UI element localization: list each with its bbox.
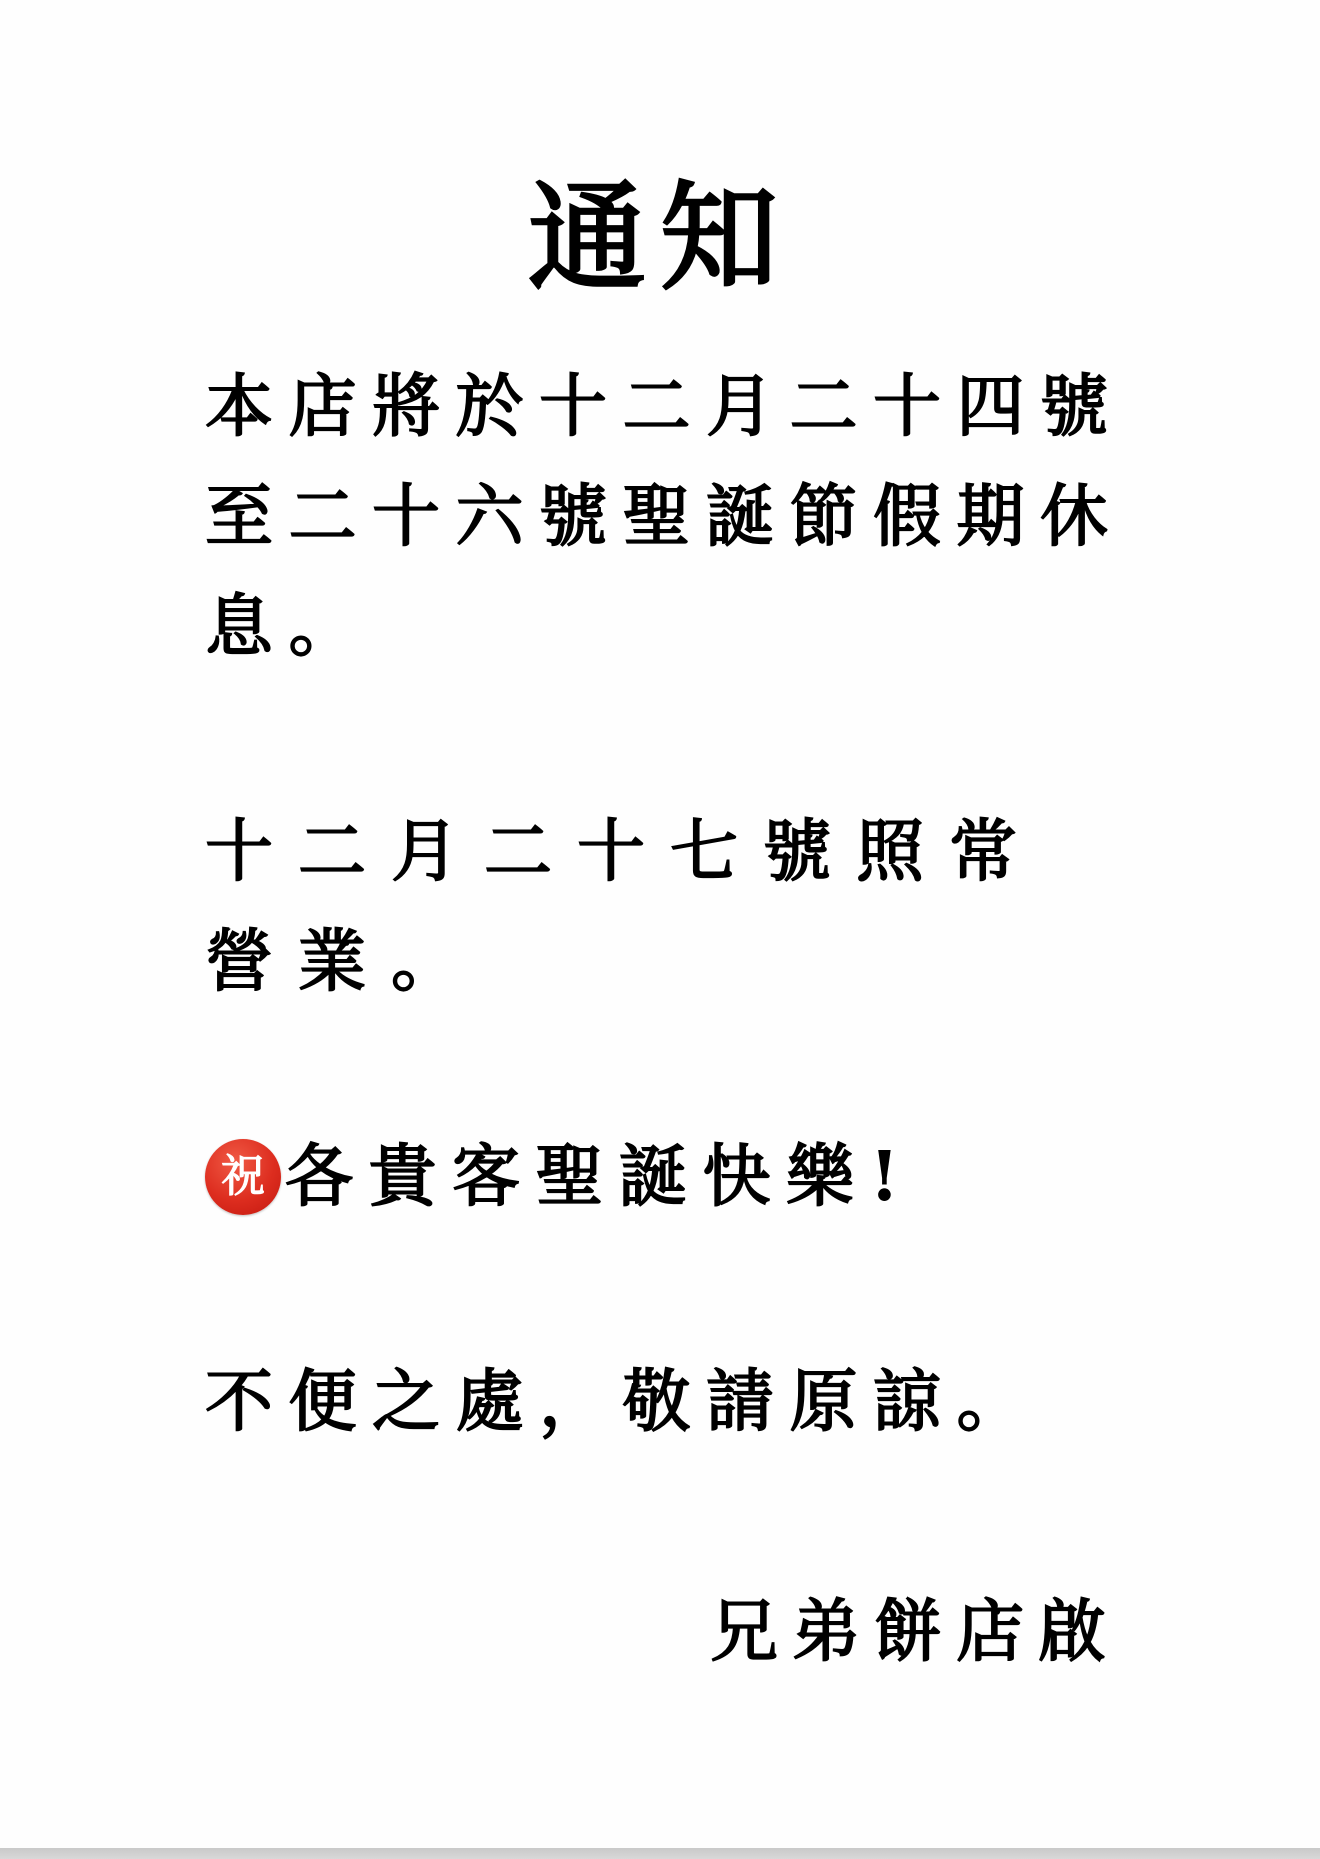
notice-title: 通知	[0, 168, 1320, 308]
blessing-emoji-icon: 祝	[205, 1139, 281, 1215]
apology-paragraph: 不便之處，敬請原諒。	[205, 1347, 1125, 1457]
christmas-greeting: 祝 各貴客聖誕快樂!	[205, 1122, 1125, 1232]
shop-signature: 兄弟餅店啟	[710, 1577, 1120, 1687]
page-bottom-shadow	[0, 1848, 1320, 1859]
notice-page: 通知 本店將於十二月二十四號至二十六號聖誕節假期休息。 十二月二十七號照常營業。…	[0, 0, 1320, 1848]
greeting-text: 各貴客聖誕快樂!	[285, 1122, 915, 1232]
closure-dates-paragraph: 本店將於十二月二十四號至二十六號聖誕節假期休息。	[205, 352, 1125, 682]
reopening-paragraph: 十二月二十七號照常營業。	[205, 797, 1125, 1017]
